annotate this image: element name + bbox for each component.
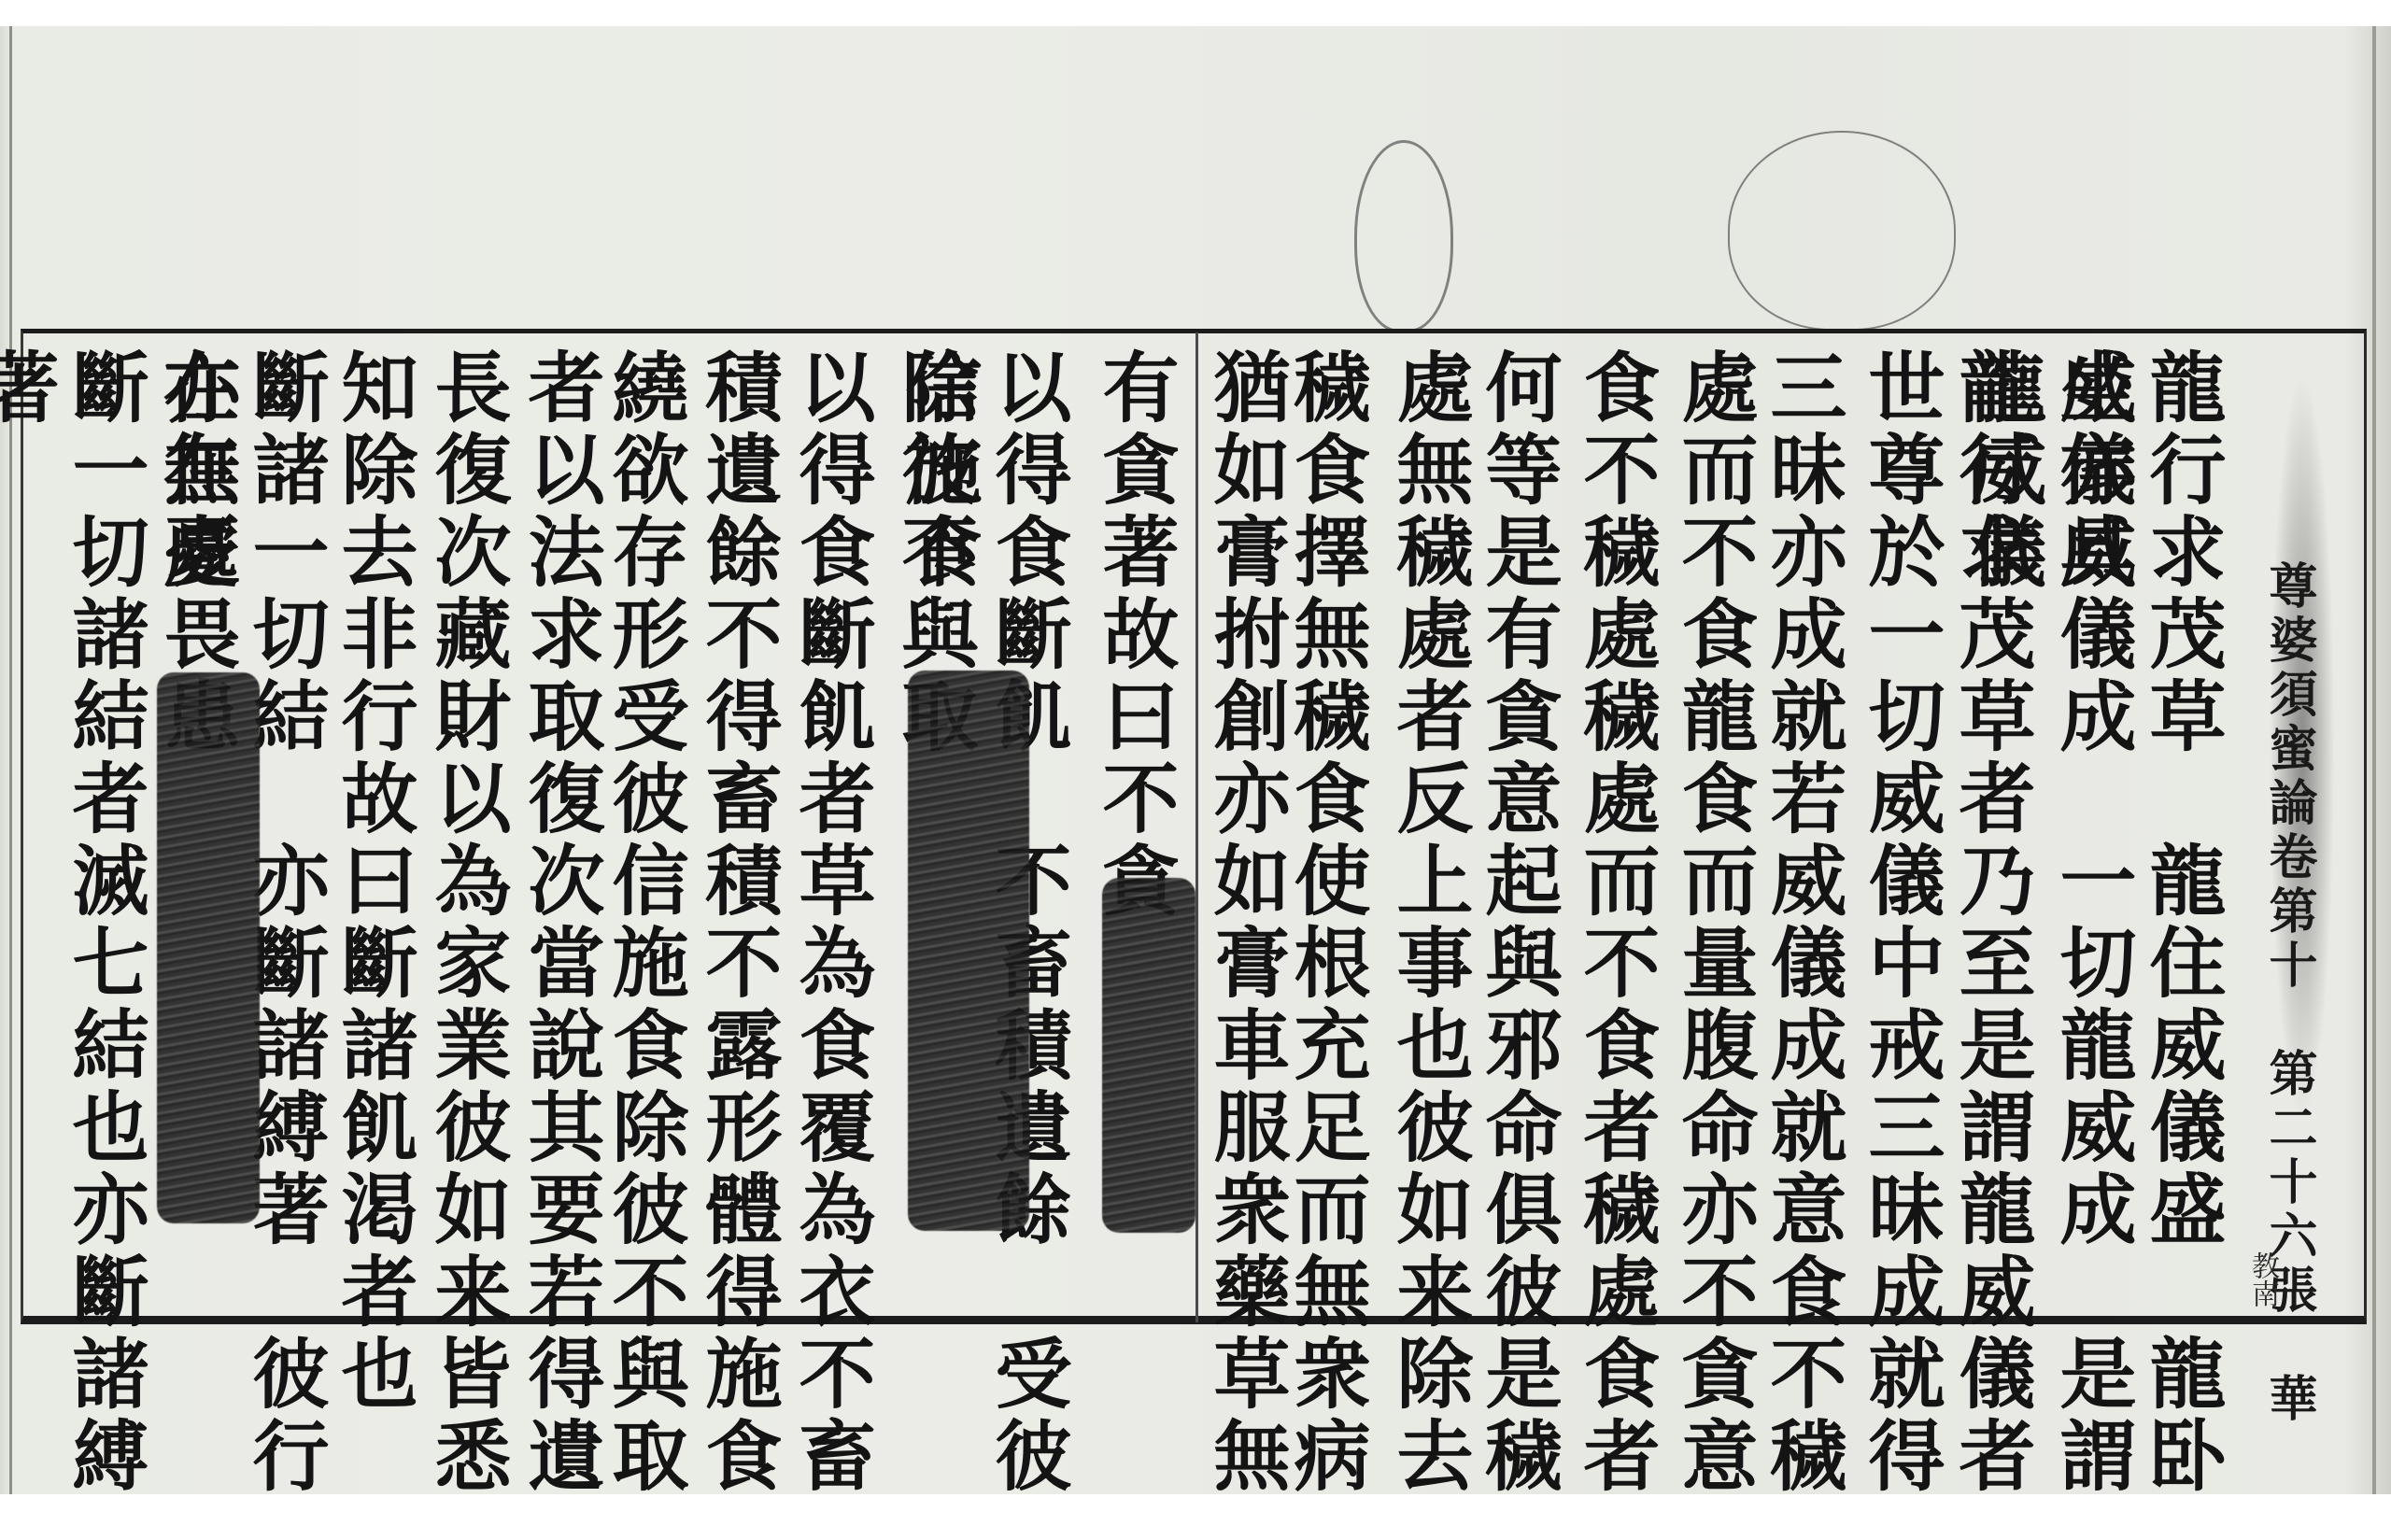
ink-stain-outline [1728,131,1956,331]
ink-stain-outline [1354,140,1453,332]
left-binding-edge [9,26,12,1494]
text-column: 知除去非行故曰斷諸飢渇者也 [329,347,418,1416]
text-column: 者以法求取復次當說其要若得遺 [516,347,605,1498]
text-column: 龍行求茂草 龍住威儀盛 龍卧威儀具 [2137,347,2227,1540]
volume-title: 尊婆須蜜論卷第十 [2260,560,2317,994]
text-column: 有貪著故曰不貪 [1090,347,1180,923]
carver-mark: 教南 [2242,1251,2283,1307]
text-column: 長復次藏財以為家業彼如来皆悉 [422,347,512,1498]
text-column: 食不穢處穢處而不食者穢處食者 [1571,347,1661,1498]
right-binding-edge [2372,26,2376,1494]
leaf-mark: 華 [2260,1373,2317,1427]
text-column: 穢食擇無穢食使根充足而無衆病 [1281,347,1371,1498]
text-column: 斷一切諸結者滅七結也亦斷諸縛著 [60,347,149,1540]
text-column: 世尊於一切威儀中戒三昧成就得 [1856,347,1945,1498]
text-column: 龍行求茂草者乃至是謂龍威儀者 [1946,347,2036,1498]
text-column: 處無穢處者反上事也彼如来除去 [1384,347,1474,1498]
center-fold-line [1195,332,1198,1322]
text-column: 三昧亦成就若威儀成就意食不穢 [1758,347,1847,1498]
text-column: 猶如膏拊創亦如膏車服衆藥草無 [1201,347,1291,1498]
text-column: 處而不食龍食而量腹命亦不貪意 [1669,347,1759,1498]
text-column: 以得食斷飢者草為食覆為衣不畜 [786,347,876,1498]
text-column: 積遺餘不得畜積不露形體得施食 [693,347,783,1498]
text-column: 坐亦威儀成 一切龍威成 是謂龍威儀 [2047,347,2137,1540]
text-column: 何等是有貪意起與邪命俱彼是穢 [1473,347,1563,1498]
abraded-block [157,672,260,1223]
abraded-block [908,671,1029,1231]
text-column: 繞欲存形受彼信施食除彼不與取 [600,347,689,1498]
abraded-block [1102,878,1195,1233]
